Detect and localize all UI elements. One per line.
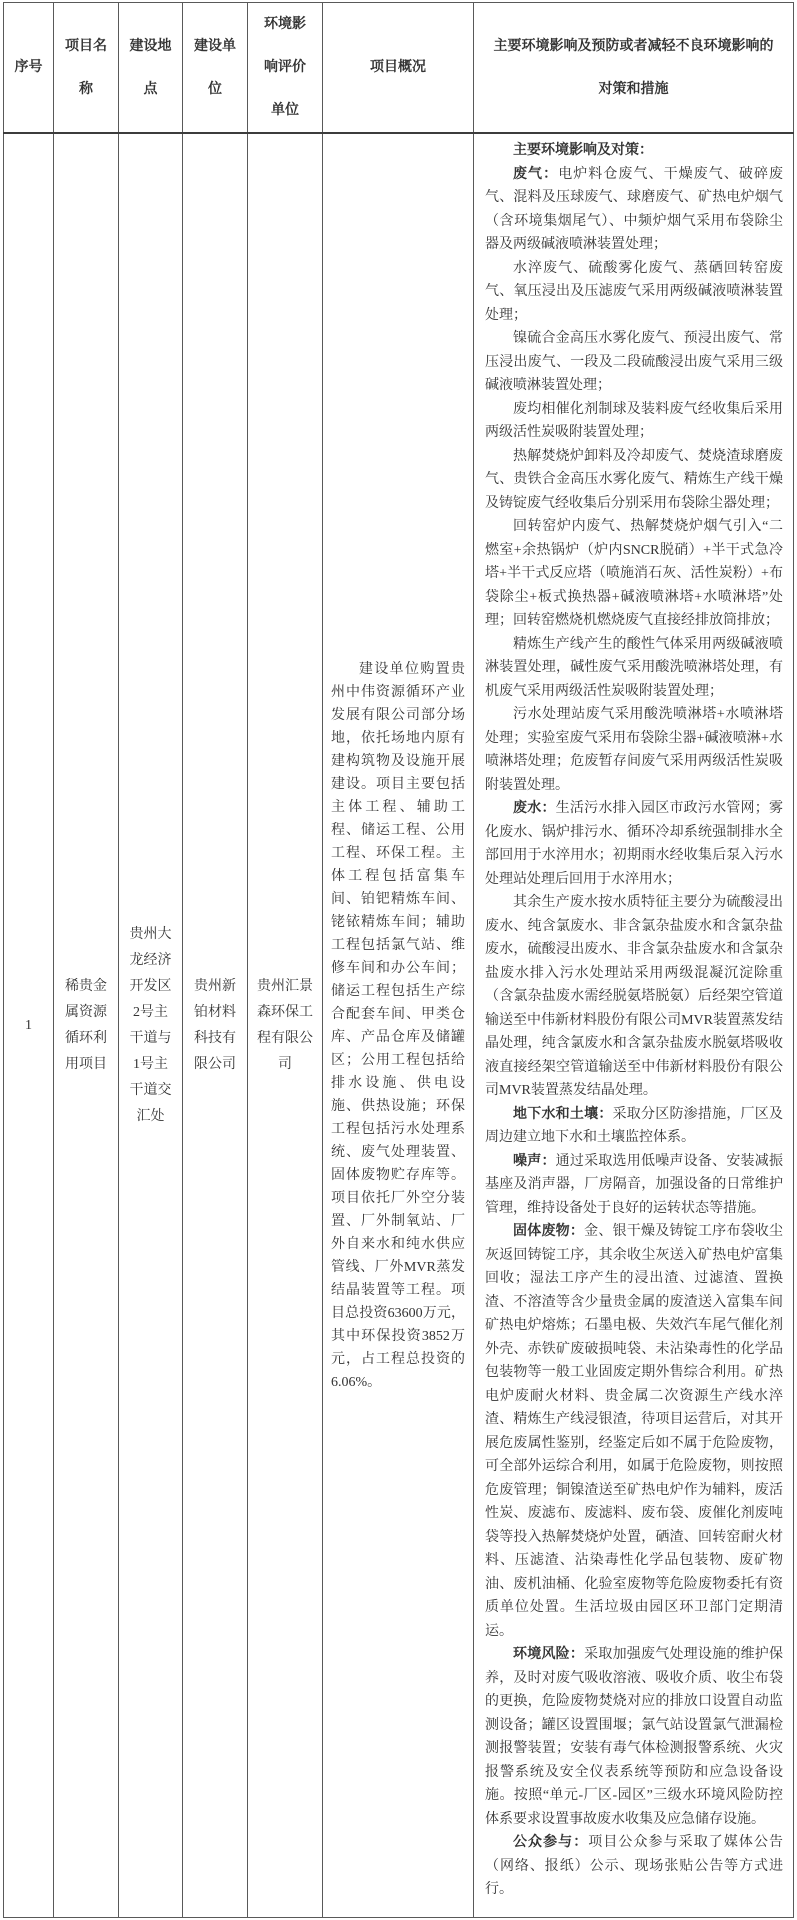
header-cell-builder: 建设单 位: [183, 3, 248, 134]
measures-text: 主要环境影响及对策：废气：电炉料仓废气、干燥废气、破碎废气、混料及压球废气、球磨…: [485, 139, 783, 1917]
cell-measures: 主要环境影响及对策：废气：电炉料仓废气、干燥废气、破碎废气、混料及压球废气、球磨…: [474, 133, 794, 1918]
cell-project-name: 稀贵金 属资源 循环利 用项目: [54, 133, 119, 1918]
table-row: 1 稀贵金 属资源 循环利 用项目 贵州大 龙经济 开发区 2号主 干道与 1号…: [4, 133, 794, 1918]
measure-paragraph: 废水：生活污水排入园区市政污水管网；雾化废水、锅炉排污水、循环冷却系统强制排水全…: [485, 797, 783, 891]
measure-paragraph: 废气：电炉料仓废气、干燥废气、破碎废气、混料及压球废气、球磨废气、矿热电炉烟气（…: [485, 163, 783, 257]
measure-paragraph: 主要环境影响及对策：: [485, 139, 783, 163]
measure-paragraph: 其余生产废水按水质特征主要分为硫酸浸出废水、纯含氯废水、非含氯杂盐废水和含氯杂盐…: [485, 891, 783, 1103]
measure-paragraph: 水淬废气、硫酸雾化废气、蒸硒回转窑废气、氧压浸出及压滤废气采用两级碱液喷淋装置处…: [485, 257, 783, 328]
measure-paragraph: 固体废物：金、银干燥及铸锭工序布袋收尘灰返回铸锭工序，其余收尘灰送入矿热电炉富集…: [485, 1220, 783, 1643]
measure-paragraph: 热解焚烧炉卸料及冷却废气、焚烧渣球磨废气、贵铁合金高压水雾化废气、精炼生产线干燥…: [485, 445, 783, 516]
cell-builder: 贵州新 铂材料 科技有 限公司: [183, 133, 248, 1918]
header-cell-index: 序号: [4, 3, 54, 134]
cell-overview: 建设单位购置贵州中伟资源循环产业发展有限公司部分场地，依托场地内原有建构筑物及设…: [323, 133, 474, 1918]
cell-location: 贵州大 龙经济 开发区 2号主 干道与 1号主 干道交 汇处: [119, 133, 183, 1918]
header-cell-location: 建设地 点: [119, 3, 183, 134]
cell-eia-agency: 贵州汇景 森环保工 程有限公 司: [248, 133, 323, 1918]
measure-paragraph: 回转窑炉内废气、热解焚烧炉烟气引入“二燃室+余热锅炉（炉内SNCR脱硝）+半干式…: [485, 515, 783, 633]
measure-paragraph: 镍硫合金高压水雾化废气、预浸出废气、常压浸出废气、一段及二段硫酸浸出废气采用三级…: [485, 327, 783, 398]
measure-paragraph: 废均相催化剂制球及装料废气经收集后采用两级活性炭吸附装置处理；: [485, 398, 783, 445]
header-cell-measures: 主要环境影响及预防或者减轻不良环境影响的 对策和措施: [474, 3, 794, 134]
measure-paragraph: 环境风险：采取加强废气处理设施的维护保养，及时对废气吸收溶液、吸收介质、收尘布袋…: [485, 1643, 783, 1831]
measure-paragraph: 地下水和土壤：采取分区防渗措施，厂区及周边建立地下水和土壤监控体系。: [485, 1103, 783, 1150]
header-cell-project-name: 项目名 称: [54, 3, 119, 134]
measure-paragraph: 精炼生产线产生的酸性气体采用两级碱液喷淋装置处理，碱性废气采用酸洗喷淋塔处理，有…: [485, 633, 783, 704]
measure-paragraph: 污水处理站废气采用酸洗喷淋塔+水喷淋塔处理；实验室废气采用布袋除尘器+碱液喷淋+…: [485, 703, 783, 797]
header-cell-overview: 项目概况: [323, 3, 474, 134]
header-cell-eia-agency: 环境影 响评价 单位: [248, 3, 323, 134]
measure-paragraph: 噪声：通过采取选用低噪声设备、安装减振基座及消声器，厂房隔音，加强设备的日常维护…: [485, 1150, 783, 1221]
measure-paragraph: 公众参与：项目公众参与采取了媒体公告（网络、报纸）公示、现场张贴公告等方式进行。: [485, 1831, 783, 1902]
eia-approval-table: 序号 项目名 称 建设地 点 建设单 位 环境影 响评价 单位 项目概况 主要环…: [3, 2, 794, 1918]
document-page: 序号 项目名 称 建设地 点 建设单 位 环境影 响评价 单位 项目概况 主要环…: [0, 0, 797, 1920]
overview-paragraph: 建设单位购置贵州中伟资源循环产业发展有限公司部分场地，依托场地内原有建构筑物及设…: [331, 658, 465, 1394]
cell-index: 1: [4, 133, 54, 1918]
header-row: 序号 项目名 称 建设地 点 建设单 位 环境影 响评价 单位 项目概况 主要环…: [4, 3, 794, 134]
